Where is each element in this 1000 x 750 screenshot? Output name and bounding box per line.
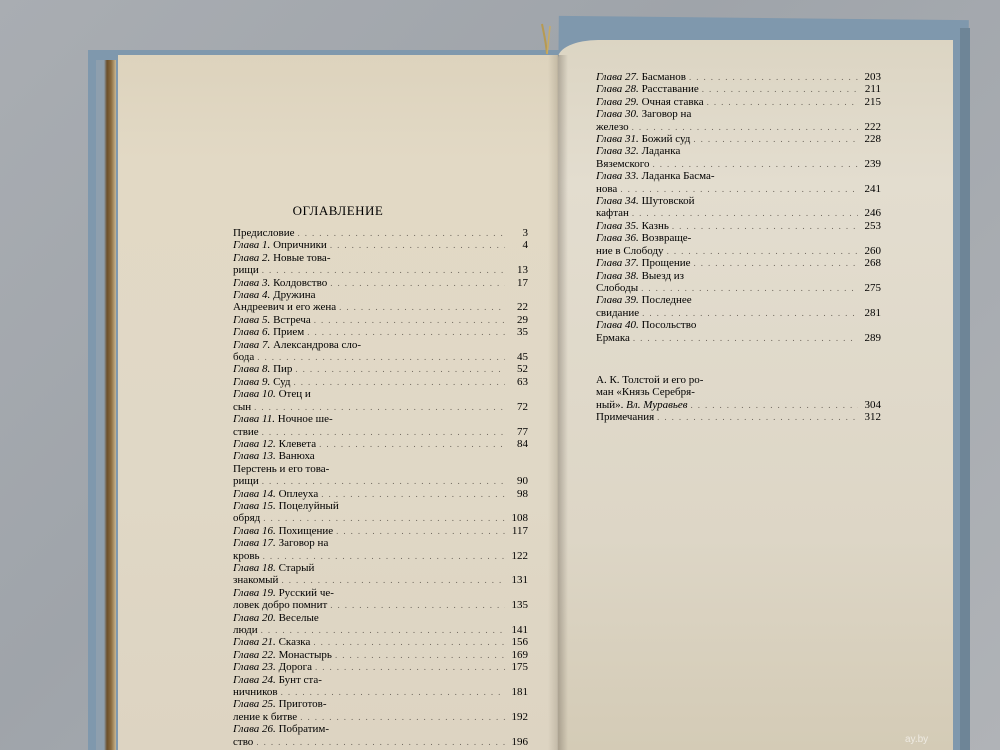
toc-entry-title: Перстень и его това- — [233, 463, 329, 475]
toc-entry-line: Глава 33. Ладанка Басма- — [596, 170, 881, 182]
page-number: 246 — [861, 207, 881, 219]
toc-entry: Глава 4. ДружинаАндреевич и его жена....… — [233, 289, 528, 314]
chapter-label: Глава 14. — [233, 488, 276, 500]
toc-entry-title: Глава 15. Поцелуйный — [233, 500, 339, 512]
toc-entry-title: ствие — [233, 426, 259, 438]
toc-entry-line: ничников................................… — [233, 686, 528, 698]
toc-entry-title: свидание — [596, 307, 639, 319]
chapter-label: Глава 32. — [596, 145, 639, 157]
left-page-edge — [96, 60, 116, 750]
toc-entry-line: Глава 8. Пир............................… — [233, 363, 528, 375]
chapter-title-text: Прощение — [642, 257, 691, 269]
page-number: 211 — [861, 83, 881, 95]
toc-entry-line: рищи....................................… — [233, 264, 528, 276]
toc-entry-title: Глава 16. Похищение — [233, 525, 333, 537]
toc-entry-title: рищи — [233, 264, 259, 276]
toc-entry: Глава 2. Новые това-рищи................… — [233, 252, 528, 277]
notes-title: Примечания — [596, 411, 654, 423]
chapter-label: Глава 18. — [233, 562, 276, 574]
toc-entry-title: Глава 25. Приготов- — [233, 698, 327, 710]
chapter-title-text: нова — [596, 183, 617, 195]
toc-entry: Глава 1. Опричники......................… — [233, 239, 528, 251]
toc-entry-title: Глава 24. Бунт ста- — [233, 674, 322, 686]
toc-entry: Глава 15. Поцелуйныйобряд...............… — [233, 500, 528, 525]
page-number: 169 — [508, 649, 528, 661]
toc-entry-title: ничников — [233, 686, 278, 698]
leader-dots: ........................................… — [633, 332, 858, 344]
toc-entry: Глава 11. Ночное ше-ствие...............… — [233, 413, 528, 438]
chapter-label: Глава 34. — [596, 195, 639, 207]
leader-dots: ........................................… — [657, 411, 858, 423]
toc-entry-line: Глава 9. Суд............................… — [233, 376, 528, 388]
afterword-line: ман «Князь Серебря- — [596, 386, 695, 398]
leader-dots: ........................................… — [321, 488, 505, 500]
chapter-title-text: Басманов — [642, 71, 686, 83]
toc-entry-line: Вяземского..............................… — [596, 158, 881, 170]
toc-entry-title: обряд — [233, 512, 260, 524]
leader-dots: ........................................… — [254, 401, 505, 413]
leader-dots: ........................................… — [298, 227, 506, 239]
toc-entry: Глава 14. Оплеуха.......................… — [233, 488, 528, 500]
toc-entry: Глава 17. Заговор накровь...............… — [233, 537, 528, 562]
chapter-title-text: сын — [233, 401, 251, 413]
page-number: 122 — [508, 550, 528, 562]
leader-dots: ........................................… — [281, 574, 505, 586]
toc-entry: Глава 8. Пир............................… — [233, 363, 528, 375]
toc-entry-title: Глава 5. Встреча — [233, 314, 311, 326]
toc-entry-line: Глава 15. Поцелуйный — [233, 500, 528, 512]
toc-entry-line: ловек добро помнит......................… — [233, 599, 528, 611]
leader-dots: ........................................… — [256, 736, 505, 748]
chapter-label: Глава 30. — [596, 108, 639, 120]
page-number: 275 — [861, 282, 881, 294]
afterword-title-text: ный». Вл. Муравьев — [596, 399, 688, 411]
page-number: 13 — [508, 264, 528, 276]
toc-entry-title: Глава 13. Ванюха — [233, 450, 315, 462]
toc-entry-title: Андреевич и его жена — [233, 301, 336, 313]
page-title: ОГЛАВЛЕНИЕ — [118, 203, 558, 219]
toc-entry: Глава 16. Похищение.....................… — [233, 525, 528, 537]
chapter-title-text: Ночное ше- — [278, 413, 333, 425]
toc-entry-line: Глава 19. Русский че- — [233, 587, 528, 599]
toc-entry-title: железо — [596, 121, 629, 133]
leader-dots: ........................................… — [620, 183, 858, 195]
toc-entry: Глава 20. Веселыелюди...................… — [233, 612, 528, 637]
toc-entry: Глава 19. Русский че-ловек добро помнит.… — [233, 587, 528, 612]
chapter-title-text: ствие — [233, 426, 259, 438]
toc-entry-notes: Примечания..............................… — [596, 411, 881, 423]
page-number: 117 — [508, 525, 528, 537]
toc-entry-title: Глава 38. Выезд из — [596, 270, 684, 282]
chapter-label: Глава 8. — [233, 363, 270, 375]
toc-entry-title: Глава 6. Прием — [233, 326, 304, 338]
chapter-title-text: Андреевич и его жена — [233, 301, 336, 313]
toc-entry: Глава 27. Басманов......................… — [596, 71, 881, 83]
chapter-label: Глава 11. — [233, 413, 275, 425]
chapter-label: Глава 29. — [596, 96, 639, 108]
toc-entry-title: Глава 17. Заговор на — [233, 537, 328, 549]
chapter-label: Глава 15. — [233, 500, 276, 512]
leader-dots: ........................................… — [257, 351, 505, 363]
toc-entry-title: Глава 9. Суд — [233, 376, 291, 388]
page-number: 222 — [861, 121, 881, 133]
leader-dots: ........................................… — [295, 363, 505, 375]
toc-entry-line: ние в Слободу...........................… — [596, 245, 881, 257]
toc-entry-line: Глава 26. Побратим- — [233, 723, 528, 735]
chapter-label: Глава 1. — [233, 239, 270, 251]
leader-dots: ........................................… — [314, 314, 505, 326]
toc-entry-line: Глава 7. Александрова сло- — [233, 339, 528, 351]
toc-entry: Глава 10. Отец исын.....................… — [233, 388, 528, 413]
chapter-title-text: свидание — [596, 307, 639, 319]
book-gutter — [548, 55, 568, 750]
toc-entry-line: Глава 31. Божий суд.....................… — [596, 133, 881, 145]
toc-entry: Глава 12. Клевета.......................… — [233, 438, 528, 450]
toc-entry-title: Глава 20. Веселые — [233, 612, 319, 624]
chapter-title-text: Отец и — [279, 388, 311, 400]
toc-entry-title: Глава 4. Дружина — [233, 289, 316, 301]
chapter-title-text: Шутовской — [642, 195, 695, 207]
chapter-title-text: знакомый — [233, 574, 278, 586]
leader-dots: ........................................… — [707, 96, 858, 108]
toc-entry-line: Глава 34. Шутовской — [596, 195, 881, 207]
toc-entry-line: Глава 28. Расставание...................… — [596, 83, 881, 95]
page-number: 239 — [861, 158, 881, 170]
page-number: 52 — [508, 363, 528, 375]
chapter-title-text: Заговор на — [642, 108, 692, 120]
toc-entry-title: Глава 14. Оплеуха — [233, 488, 318, 500]
chapter-title-text: Слободы — [596, 282, 638, 294]
toc-entry-title: Глава 21. Сказка — [233, 636, 310, 648]
leader-dots: ........................................… — [689, 71, 858, 83]
toc-entry-line: Глава 12. Клевета.......................… — [233, 438, 528, 450]
page-number: 135 — [508, 599, 528, 611]
toc-entry-line: ство....................................… — [233, 736, 528, 748]
chapter-title-text: Старый — [279, 562, 315, 574]
chapter-label: Глава 33. — [596, 170, 639, 182]
toc-entry: Глава 31. Божий суд.....................… — [596, 133, 881, 145]
chapter-label: Глава 9. — [233, 376, 270, 388]
page-number: 63 — [508, 376, 528, 388]
toc-entry-title: кровь — [233, 550, 260, 562]
leader-dots: ........................................… — [335, 649, 505, 661]
toc-entry-title: Глава 3. Колдовство — [233, 277, 327, 289]
toc-entry: Глава 26. Побратим-ство.................… — [233, 723, 528, 748]
leader-dots: ........................................… — [319, 438, 505, 450]
chapter-title-text: Поцелуйный — [279, 500, 339, 512]
chapter-label: Глава 20. — [233, 612, 276, 624]
toc-entry-title: сын — [233, 401, 251, 413]
chapter-title-text: Оплеуха — [279, 488, 319, 500]
chapter-label: Глава 6. — [233, 326, 270, 338]
chapter-title-text: кровь — [233, 550, 260, 562]
toc-entry-line: знакомый................................… — [233, 574, 528, 586]
toc-entry-line: Ермака..................................… — [596, 332, 881, 344]
toc-entry-title: Глава 37. Прощение — [596, 257, 691, 269]
toc-entry-line: рищи....................................… — [233, 475, 528, 487]
chapter-title-text: ние в Слободу — [596, 245, 664, 257]
leader-dots: ........................................… — [330, 239, 505, 251]
leader-dots: ........................................… — [281, 686, 505, 698]
toc-entry-line: Глава 10. Отец и — [233, 388, 528, 400]
chapter-title-text: рищи — [233, 264, 259, 276]
chapter-title-text: Русский че- — [279, 587, 334, 599]
toc-entry-title: ловек добро помнит — [233, 599, 327, 611]
toc-entry-line: Глава 6. Прием..........................… — [233, 326, 528, 338]
toc-entry: Глава 22. Монастырь.....................… — [233, 649, 528, 661]
toc-entry-line: Глава 27. Басманов......................… — [596, 71, 881, 83]
leader-dots: ........................................… — [262, 426, 505, 438]
toc-entry-line: ствие...................................… — [233, 426, 528, 438]
chapter-title-text: Ермака — [596, 332, 630, 344]
page-number: 175 — [508, 661, 528, 673]
toc-entry-line: Глава 37. Прощение......................… — [596, 257, 881, 269]
chapter-label: Глава 36. — [596, 232, 639, 244]
chapter-title-text: Ладанка — [642, 145, 681, 157]
chapter-label: Глава 3. — [233, 277, 270, 289]
afterword-line: А. К. Толстой и его ро- — [596, 374, 703, 386]
leader-dots: ........................................… — [313, 636, 505, 648]
leader-dots: ........................................… — [642, 307, 858, 319]
leader-dots: ........................................… — [262, 475, 505, 487]
page-number: 304 — [861, 399, 881, 411]
leader-dots: ........................................… — [315, 661, 505, 673]
section-spacer — [596, 344, 881, 374]
leader-dots: ........................................… — [263, 512, 505, 524]
chapter-title-text: ловек добро помнит — [233, 599, 327, 611]
chapter-label: Глава 2. — [233, 252, 270, 264]
chapter-label: Глава 7. — [233, 339, 270, 351]
toc-entry-line: ление к битве...........................… — [233, 711, 528, 723]
page-number: 268 — [861, 257, 881, 269]
toc-entry-title: Глава 26. Побратим- — [233, 723, 329, 735]
toc-entry: Глава 29. Очная ставка..................… — [596, 96, 881, 108]
toc-entry-line: Глава 1. Опричники......................… — [233, 239, 528, 251]
toc-entry-line: свидание................................… — [596, 307, 881, 319]
toc-entry-title: Глава 36. Возвраще- — [596, 232, 691, 244]
toc-entry-line: Глава 5. Встреча........................… — [233, 314, 528, 326]
toc-entry: Глава 33. Ладанка Басма-нова............… — [596, 170, 881, 195]
chapter-title-text: Дорога — [279, 661, 312, 673]
toc-entry-title: Глава 32. Ладанка — [596, 145, 680, 157]
chapter-title-text: Расставание — [642, 83, 699, 95]
chapter-title-text: ничников — [233, 686, 278, 698]
page-number: 196 — [508, 736, 528, 748]
chapter-label: Глава 26. — [233, 723, 276, 735]
chapter-title-text: Заговор на — [279, 537, 329, 549]
toc-entry-afterword: А. К. Толстой и его ро-ман «Князь Серебр… — [596, 374, 881, 411]
page-number: 228 — [861, 133, 881, 145]
chapter-title-text: Александрова сло- — [273, 339, 361, 351]
toc-entry-line: Глава 24. Бунт ста- — [233, 674, 528, 686]
page-number: 77 — [508, 426, 528, 438]
toc-entry-line: Глава 20. Веселые — [233, 612, 528, 624]
chapter-title-text: Ладанка Басма- — [642, 170, 715, 182]
toc-entry-line: Глава 3. Колдовство.....................… — [233, 277, 528, 289]
toc-entry-line: Слободы.................................… — [596, 282, 881, 294]
toc-entry-title: люди — [233, 624, 258, 636]
toc-entry-title: кафтан — [596, 207, 629, 219]
chapter-label: Глава 5. — [233, 314, 270, 326]
chapter-title-text: Колдовство — [273, 277, 327, 289]
chapter-title-text: ление к битве — [233, 711, 297, 723]
leader-dots: ........................................… — [339, 301, 505, 313]
leader-dots: ........................................… — [632, 121, 858, 133]
chapter-title-text: Очная ставка — [642, 96, 704, 108]
afterword-author: Вл. Муравьев — [626, 399, 687, 411]
chapter-label: Глава 28. — [596, 83, 639, 95]
chapter-title-text: Новые това- — [273, 252, 330, 264]
toc-entry-line: Глава 4. Дружина — [233, 289, 528, 301]
leader-dots: ........................................… — [672, 220, 858, 232]
page-number: 90 — [508, 475, 528, 487]
page-number: 192 — [508, 711, 528, 723]
toc-entry-title: Глава 22. Монастырь — [233, 649, 332, 661]
chapter-title-text: Пир — [273, 363, 292, 375]
leader-dots: ........................................… — [641, 282, 858, 294]
page-number: 156 — [508, 636, 528, 648]
chapter-label: Глава 10. — [233, 388, 276, 400]
toc-left-column: Предисловие.............................… — [233, 227, 528, 748]
chapter-label: Глава 12. — [233, 438, 276, 450]
toc-entry-title: Глава 18. Старый — [233, 562, 314, 574]
chapter-label: Глава 16. — [233, 525, 276, 537]
page-number: 84 — [508, 438, 528, 450]
chapter-label: Глава 13. — [233, 450, 276, 462]
toc-entry: Предисловие.............................… — [233, 227, 528, 239]
toc-entry-line: Глава 17. Заговор на — [233, 537, 528, 549]
toc-entry-title: ление к битве — [233, 711, 297, 723]
page-number: 72 — [508, 401, 528, 413]
page-number: 241 — [861, 183, 881, 195]
toc-entry-line: Глава 14. Оплеуха.......................… — [233, 488, 528, 500]
toc-entry-title: Глава 40. Посольство — [596, 319, 696, 331]
page-number: 29 — [508, 314, 528, 326]
toc-entry-line: Глава 30. Заговор на — [596, 108, 881, 120]
chapter-title-text: Веселые — [279, 612, 319, 624]
chapter-title-text: Предисловие — [233, 227, 295, 239]
chapter-title-text: Суд — [273, 376, 290, 388]
toc-entry-line: Глава 29. Очная ставка..................… — [596, 96, 881, 108]
toc-entry-line: Глава 25. Приготов- — [233, 698, 528, 710]
toc-entry-title: Глава 10. Отец и — [233, 388, 311, 400]
page-number: 4 — [508, 239, 528, 251]
chapter-label: Глава 21. — [233, 636, 276, 648]
toc-entry: Глава 24. Бунт ста-ничников.............… — [233, 674, 528, 699]
chapter-title-text: Прием — [273, 326, 304, 338]
toc-entry: Глава 40. ПосольствоЕрмака..............… — [596, 319, 881, 344]
chapter-title-text: кафтан — [596, 207, 629, 219]
toc-entry: Глава 5. Встреча........................… — [233, 314, 528, 326]
toc-right-column: Глава 27. Басманов......................… — [596, 71, 881, 424]
toc-entry-title: Слободы — [596, 282, 638, 294]
chapter-label: Глава 4. — [233, 289, 270, 301]
chapter-label: Глава 38. — [596, 270, 639, 282]
toc-entry: Глава 25. Приготов-ление к битве........… — [233, 698, 528, 723]
chapter-title-text: Казнь — [642, 220, 669, 232]
toc-entry: Глава 38. Выезд изСлободы...............… — [596, 270, 881, 295]
page-number: 108 — [508, 512, 528, 524]
afterword-title-text: ман «Князь Серебря- — [596, 386, 695, 398]
leader-dots: ........................................… — [632, 207, 858, 219]
toc-entry: Глава 23. Дорога........................… — [233, 661, 528, 673]
leader-dots: ........................................… — [263, 550, 505, 562]
chapter-title-text: Бунт ста- — [279, 674, 322, 686]
chapter-title-text: Монастырь — [279, 649, 332, 661]
toc-entry-title: Глава 27. Басманов — [596, 71, 686, 83]
toc-entry-title: ство — [233, 736, 253, 748]
chapter-label: Глава 19. — [233, 587, 276, 599]
toc-entry-line: Глава 2. Новые това- — [233, 252, 528, 264]
leader-dots: ........................................… — [336, 525, 505, 537]
leader-dots: ........................................… — [667, 245, 858, 257]
chapter-title-text: обряд — [233, 512, 260, 524]
toc-entry-line: Глава 13. Ванюха — [233, 450, 528, 462]
page-number: 35 — [508, 326, 528, 338]
toc-entry: Глава 7. Александрова сло-бода..........… — [233, 339, 528, 364]
page-number: 141 — [508, 624, 528, 636]
leader-dots: ........................................… — [300, 711, 505, 723]
toc-entry-title: бода — [233, 351, 254, 363]
toc-entry-line: ный». Вл. Муравьев......................… — [596, 399, 881, 411]
toc-entry-line: обряд...................................… — [233, 512, 528, 524]
afterword-title-text: А. К. Толстой и его ро- — [596, 374, 703, 386]
toc-entry-title: Глава 2. Новые това- — [233, 252, 330, 264]
page-number: 289 — [861, 332, 881, 344]
chapter-label: Глава 17. — [233, 537, 276, 549]
toc-entry-title: Глава 35. Казнь — [596, 220, 669, 232]
page-number: 45 — [508, 351, 528, 363]
chapter-label: Глава 37. — [596, 257, 639, 269]
chapter-title-text: Встреча — [273, 314, 311, 326]
toc-entry-title: Глава 1. Опричники — [233, 239, 327, 251]
leader-dots: ........................................… — [330, 599, 505, 611]
page-number: 203 — [861, 71, 881, 83]
afterword-line: ный». — [596, 399, 623, 411]
toc-entry-line: кафтан..................................… — [596, 207, 881, 219]
toc-entry-title: Глава 28. Расставание — [596, 83, 699, 95]
chapter-label: Глава 40. — [596, 319, 639, 331]
toc-entry: Глава 32. ЛаданкаВяземского.............… — [596, 145, 881, 170]
chapter-label: Глава 25. — [233, 698, 276, 710]
toc-entry-line: Глава 36. Возвраще- — [596, 232, 881, 244]
toc-entry-line: Глава 22. Монастырь.....................… — [233, 649, 528, 661]
toc-entry-title: Глава 8. Пир — [233, 363, 292, 375]
page-number: 312 — [861, 411, 881, 423]
chapter-title-text: Последнее — [642, 294, 692, 306]
chapter-title-text: железо — [596, 121, 629, 133]
toc-entry: Глава 21. Сказка........................… — [233, 636, 528, 648]
chapter-label: Глава 39. — [596, 294, 639, 306]
chapter-label: Глава 27. — [596, 71, 639, 83]
toc-entry: Глава 34. Шутовскойкафтан...............… — [596, 195, 881, 220]
toc-entry: Глава 13. ВанюхаПерстень и его това-рищи… — [233, 450, 528, 487]
toc-entry: Глава 30. Заговор нажелезо..............… — [596, 108, 881, 133]
page-number: 260 — [861, 245, 881, 257]
toc-entry-title: Глава 23. Дорога — [233, 661, 312, 673]
toc-entry-line: сын.....................................… — [233, 401, 528, 413]
toc-entry-title: Глава 39. Последнее — [596, 294, 692, 306]
toc-entry-title: Глава 30. Заговор на — [596, 108, 691, 120]
toc-entry-title: Вяземского — [596, 158, 650, 170]
toc-entry-line: Глава 23. Дорога........................… — [233, 661, 528, 673]
chapter-label: Глава 31. — [596, 133, 639, 145]
chapter-title-text: Похищение — [279, 525, 334, 537]
toc-entry-line: Глава 32. Ладанка — [596, 145, 881, 157]
toc-entry-title: знакомый — [233, 574, 278, 586]
chapter-title-text: Перстень и его това- — [233, 463, 329, 475]
toc-entry: Глава 6. Прием..........................… — [233, 326, 528, 338]
